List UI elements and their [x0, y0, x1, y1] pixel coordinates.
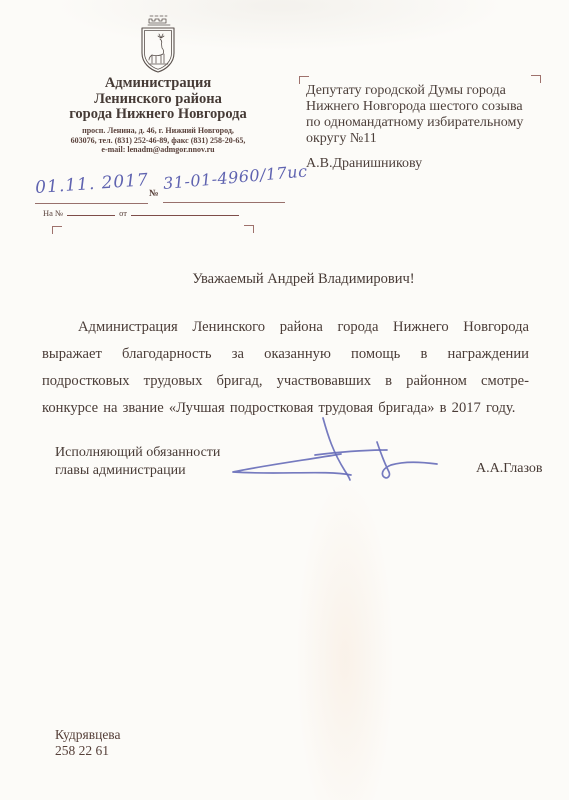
- org-address-line: 603076, тел. (831) 252-46-89, факс (831)…: [20, 136, 296, 146]
- scanned-letter-page: Администрация Ленинского района города Н…: [0, 0, 569, 800]
- crop-mark: [52, 226, 62, 234]
- org-name-line: Ленинского района: [20, 92, 296, 108]
- number-sign-label: №: [149, 189, 159, 199]
- handwritten-date: 01.11. 2017: [35, 170, 156, 198]
- recipient-block: Депутату городской Думы города Нижнего Н…: [306, 83, 551, 147]
- reply-ot-label: от: [119, 208, 127, 218]
- recipient-line: Нижнего Новгорода шестого созыва: [306, 99, 551, 115]
- reply-date-blank: [131, 206, 239, 216]
- signer-position-line: главы администрации: [55, 462, 220, 480]
- reply-number-blank: [67, 206, 115, 216]
- executor-block: Кудрявцева 258 22 61: [55, 727, 121, 758]
- recipient-line: Депутату городской Думы города: [306, 83, 551, 99]
- handwritten-signature: [225, 414, 455, 509]
- crop-mark: [531, 75, 541, 83]
- org-name-line: города Нижнего Новгорода: [20, 107, 296, 123]
- letter-body-paragraph: Администрация Ленинского района города Н…: [42, 314, 529, 422]
- org-address: просп. Ленина, д. 46, г. Нижний Новгород…: [20, 126, 296, 155]
- org-name: Администрация Ленинского района города Н…: [20, 76, 296, 123]
- recipient-name: А.В.Дранишникову: [306, 156, 422, 172]
- salutation: Уважаемый Андрей Владимирович!: [60, 271, 547, 288]
- coat-of-arms-emblem: [131, 13, 185, 77]
- date-rule-line: [35, 203, 148, 204]
- org-address-line: e-mail: lenadm@admgor.nnov.ru: [20, 145, 296, 155]
- executor-phone: 258 22 61: [55, 743, 121, 759]
- executor-name: Кудрявцева: [55, 727, 121, 743]
- signer-name: А.А.Глазов: [476, 461, 543, 477]
- reply-reference-line: На №от: [43, 206, 258, 218]
- signer-position: Исполняющий обязанности главы администра…: [55, 444, 220, 480]
- recipient-line: округу №11: [306, 131, 551, 147]
- signer-position-line: Исполняющий обязанности: [55, 444, 220, 462]
- org-address-line: просп. Ленина, д. 46, г. Нижний Новгород…: [20, 126, 296, 136]
- number-rule-line: [163, 202, 285, 203]
- recipient-line: по одномандатному избирательному: [306, 115, 551, 131]
- reply-na-label: На №: [43, 208, 63, 218]
- crop-mark: [244, 225, 254, 233]
- org-name-line: Администрация: [20, 76, 296, 92]
